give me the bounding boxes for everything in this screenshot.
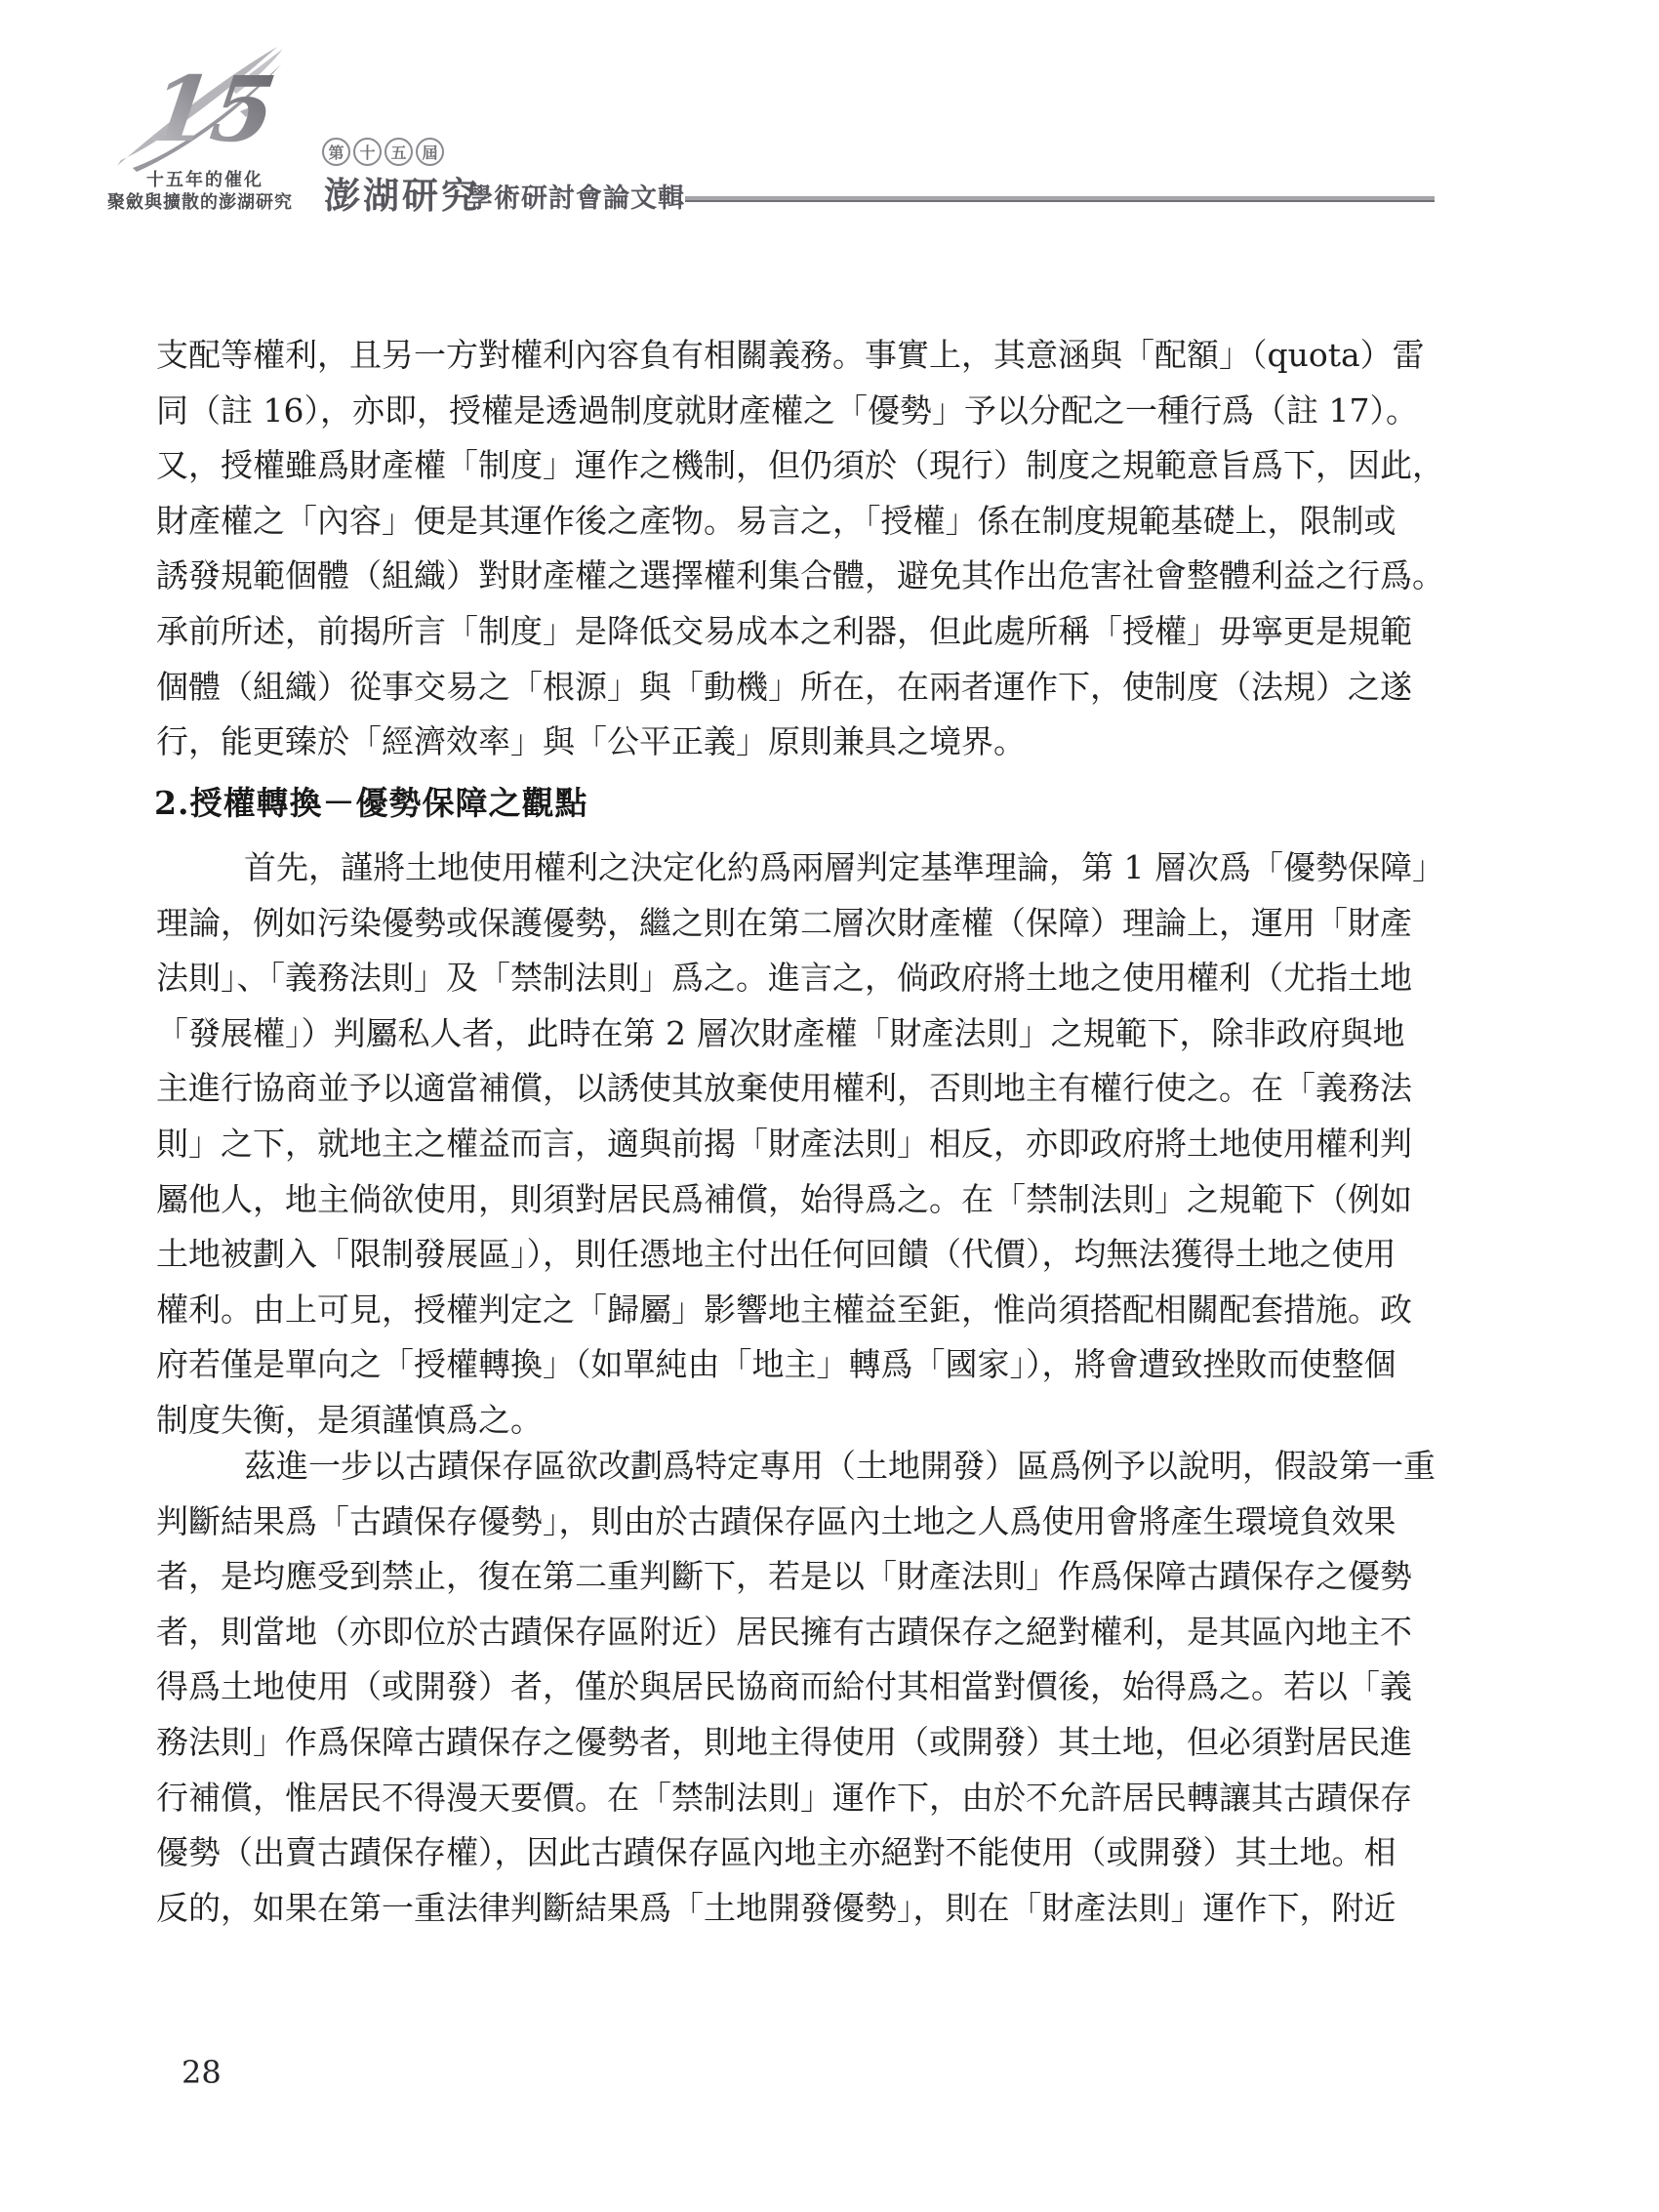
edition-badge: 第 十 五 屆 bbox=[322, 138, 444, 166]
logo-number: 15 bbox=[142, 56, 282, 161]
text-line: 判斷結果爲「古蹟保存優勢」，則由於古蹟保存區內土地之人爲使用會將產生環境負效果 bbox=[156, 1495, 1381, 1550]
text-line: 行，能更臻於「經濟效率」與「公平正義」原則兼具之境界。 bbox=[156, 715, 1381, 770]
text-line: 支配等權利，且另一方對權利內容負有相關義務。事實上，其意涵與「配額」（quota… bbox=[156, 328, 1381, 384]
proceedings-title-main: 澎湖研究 bbox=[324, 166, 480, 219]
edition-badge-char: 十 bbox=[353, 138, 382, 166]
text-line: 屬他人，地主倘欲使用，則須對居民爲補償，始得爲之。在「禁制法則」之規範下（例如 bbox=[156, 1172, 1381, 1228]
text-line: 誘發規範個體（組織）對財產權之選擇權利集合體，避免其作出危害社會整體利益之行爲。 bbox=[156, 549, 1381, 604]
edition-badge-char: 五 bbox=[384, 138, 413, 166]
text-line: 務法則」作爲保障古蹟保存之優勢者，則地主得使用（或開發）其土地，但必須對居民進 bbox=[156, 1715, 1381, 1771]
text-line: 反的，如果在第一重法律判斷結果爲「土地開發優勢」，則在「財產法則」運作下，附近 bbox=[156, 1881, 1381, 1937]
text-line: 則」之下，就地主之權益而言，適與前揭「財產法則」相反，亦即政府將土地使用權利判 bbox=[156, 1117, 1381, 1172]
anniversary-15-logo: 15 bbox=[113, 35, 289, 174]
text-line: 權利。由上可見，授權判定之「歸屬」影響地主權益至鉅，惟尚須搭配相關配套措施。政 bbox=[156, 1283, 1381, 1338]
text-line: 理論，例如污染優勢或保護優勢，繼之則在第二層次財產權（保障）理論上，運用「財產 bbox=[156, 896, 1381, 952]
text-line: 個體（組織）從事交易之「根源」與「動機」所在，在兩者運作下，使制度（法規）之遂 bbox=[156, 660, 1381, 716]
text-line: 法則」、「義務法則」及「禁制法則」爲之。進言之，倘政府將土地之使用權利（尤指土地 bbox=[156, 951, 1381, 1006]
text-line: 首先，謹將土地使用權利之決定化約爲兩層判定基準理論，第 1 層次爲「優勢保障」 bbox=[156, 840, 1381, 896]
text-line: 者，是均應受到禁止，復在第二重判斷下，若是以「財產法則」作爲保障古蹟保存之優勢 bbox=[156, 1549, 1381, 1605]
section-heading: 2.授權轉換－優勢保障之觀點 bbox=[154, 778, 587, 824]
text-line: 財產權之「內容」便是其運作後之產物。易言之，「授權」係在制度規範基礎上，限制或 bbox=[156, 494, 1381, 550]
paragraph-2: 首先，謹將土地使用權利之決定化約爲兩層判定基準理論，第 1 層次爲「優勢保障」 … bbox=[156, 840, 1381, 1449]
text-line: 得爲土地使用（或開發）者，僅於與居民協商而給付其相當對價後，始得爲之。若以「義 bbox=[156, 1659, 1381, 1715]
document-page: 15 十五年的催化 聚斂與擴散的澎湖研究 第 十 五 屆 澎湖研究 學術研討會論… bbox=[0, 0, 1659, 2212]
text-line: 「發展權」）判屬私人者，此時在第 2 層次財產權「財產法則」之規範下，除非政府與… bbox=[156, 1006, 1381, 1062]
paragraph-3: 茲進一步以古蹟保存區欲改劃爲特定專用（土地開發）區爲例予以說明，假設第一重 判斷… bbox=[156, 1439, 1381, 1936]
logo-caption-line2: 聚斂與擴散的澎湖研究 bbox=[107, 188, 293, 214]
page-number: 28 bbox=[182, 2054, 222, 2091]
proceedings-title-sub: 學術研討會論文輯 bbox=[466, 177, 685, 215]
text-line: 行補償，惟居民不得漫天要價。在「禁制法則」運作下，由於不允許居民轉讓其古蹟保存 bbox=[156, 1771, 1381, 1826]
edition-badge-char: 第 bbox=[322, 138, 350, 166]
paragraph-1: 支配等權利，且另一方對權利內容負有相關義務。事實上，其意涵與「配額」（quota… bbox=[156, 328, 1381, 770]
text-line: 同（註 16），亦即，授權是透過制度就財產權之「優勢」予以分配之一種行爲（註 1… bbox=[156, 384, 1381, 439]
text-line: 者，則當地（亦即位於古蹟保存區附近）居民擁有古蹟保存之絕對權利，是其區內地主不 bbox=[156, 1605, 1381, 1660]
text-line: 承前所述，前揭所言「制度」是降低交易成本之利器，但此處所稱「授權」毋寧更是規範 bbox=[156, 604, 1381, 660]
header-rule bbox=[685, 196, 1435, 202]
text-line: 茲進一步以古蹟保存區欲改劃爲特定專用（土地開發）區爲例予以說明，假設第一重 bbox=[156, 1439, 1381, 1495]
text-line: 主進行協商並予以適當補償，以誘使其放棄使用權利，否則地主有權行使之。在「義務法 bbox=[156, 1061, 1381, 1117]
text-line: 優勢（出賣古蹟保存權），因此古蹟保存區內地主亦絕對不能使用（或開發）其土地。相 bbox=[156, 1825, 1381, 1881]
edition-badge-char: 屆 bbox=[416, 138, 444, 166]
text-line: 府若僅是單向之「授權轉換」（如單純由「地主」轉爲「國家」），將會遭致挫敗而使整個 bbox=[156, 1337, 1381, 1393]
text-line: 又，授權雖爲財產權「制度」運作之機制，但仍須於（現行）制度之規範意旨爲下，因此， bbox=[156, 438, 1381, 494]
text-line: 土地被劃入「限制發展區」），則任憑地主付出任何回饋（代價），均無法獲得土地之使用 bbox=[156, 1227, 1381, 1283]
